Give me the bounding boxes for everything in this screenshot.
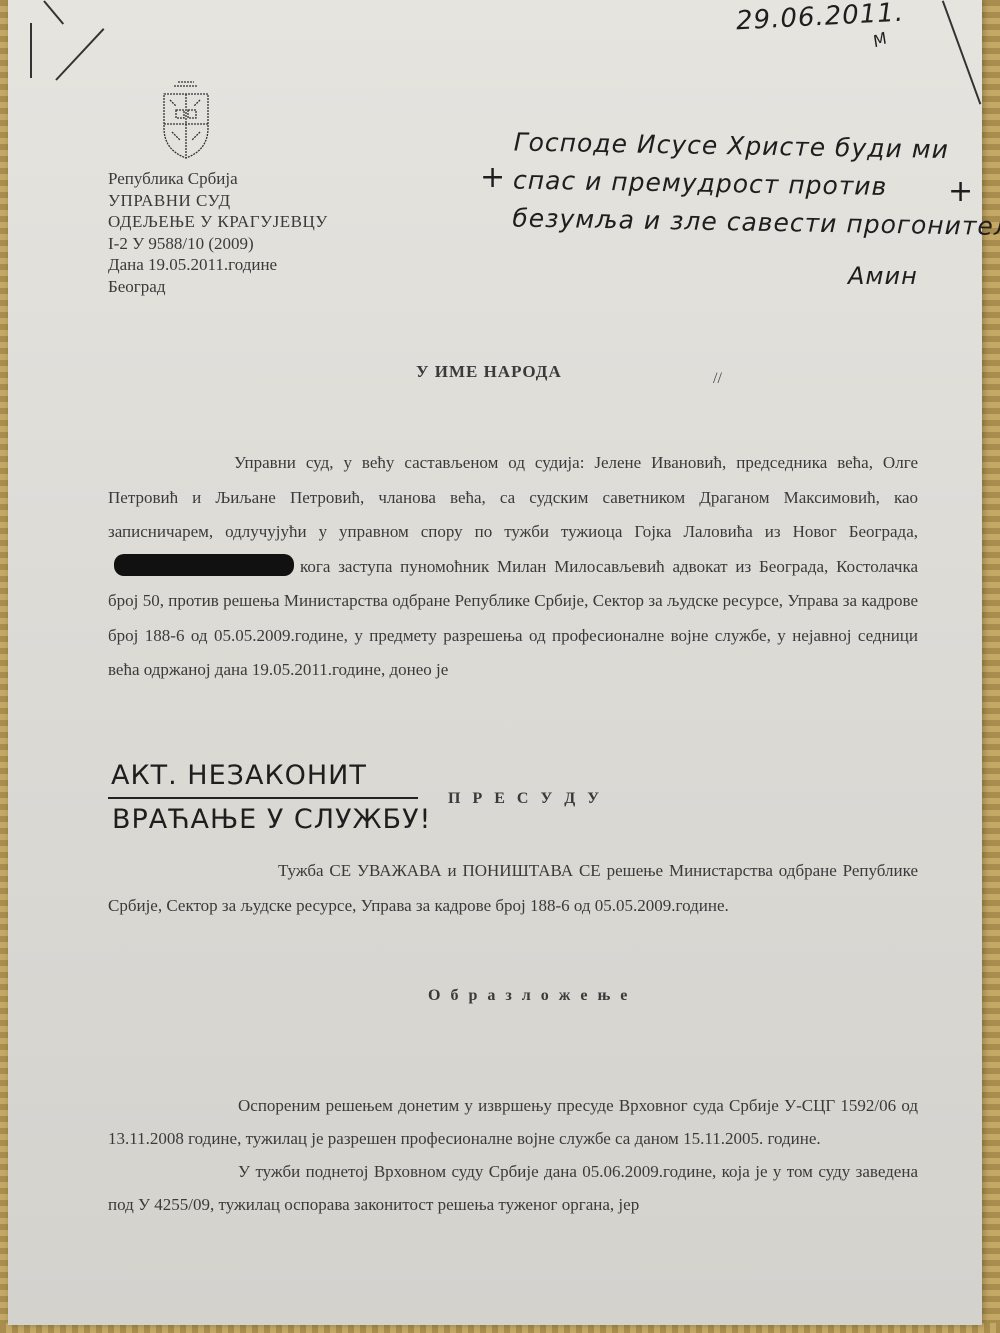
intro-paragraph: Управни суд, у већу састављеном од судиј… [108,446,918,688]
background-fabric-left [0,0,8,1333]
redaction-bar [114,554,294,576]
prayer-line: безумља и зле савести прогонитеља [512,199,1000,246]
reasoning-paragraph: Оспореним решењем донетим у извршењу пре… [108,1089,918,1155]
reasoning-text: У тужби поднетој Врховном суду Србије да… [108,1162,918,1214]
country-name: Република Србија [108,168,328,190]
document-date: Дана 19.05.2011.године [108,254,328,276]
intro-text-part1: Управни суд, у већу састављеном од судиј… [108,453,918,541]
handwritten-prayer: Господе Исусе Христе буди ми спас и прем… [512,123,1000,246]
document-title: У ИМЕ НАРОДА [416,362,562,382]
pen-mark [55,28,104,81]
verdict-paragraph: Тужба СЕ УВАЖАВА и ПОНИШТАВА СЕ решење М… [108,854,918,923]
reasoning-paragraph: У тужби поднетој Врховном суду Србије да… [108,1155,918,1221]
reasoning-text: Оспореним решењем донетим у извршењу пре… [108,1096,918,1148]
handwritten-amen: Амин [848,262,918,290]
document-page: Република Србија УПРАВНИ СУД ОДЕЉЕЊЕ У К… [8,0,982,1325]
pen-mark: // [713,370,722,388]
court-department: ОДЕЉЕЊЕ У КРАГУЈЕВЦУ [108,211,328,233]
pen-mark [942,0,981,104]
reasoning-title: О б р а з л о ж е њ е [428,987,630,1005]
coat-of-arms-icon [160,80,212,162]
handwritten-underline [108,797,418,799]
handwritten-note: АКТ. НЕЗАКОНИТ [111,760,367,791]
handwritten-note: ВРАЋАЊЕ У СЛУЖБУ! [112,804,431,835]
cross-icon: + [480,160,506,195]
pen-mark [30,23,32,78]
verdict-title: П Р Е С У Д У [448,790,603,808]
court-header: Република Србија УПРАВНИ СУД ОДЕЉЕЊЕ У К… [108,168,328,297]
verdict-text: Тужба СЕ УВАЖАВА и ПОНИШТАВА СЕ решење М… [108,861,918,915]
case-number: I-2 У 9588/10 (2009) [108,233,328,255]
handwritten-initials: М [870,28,890,51]
court-name: УПРАВНИ СУД [108,190,328,212]
pen-mark [43,0,64,24]
city-name: Београд [108,276,328,298]
